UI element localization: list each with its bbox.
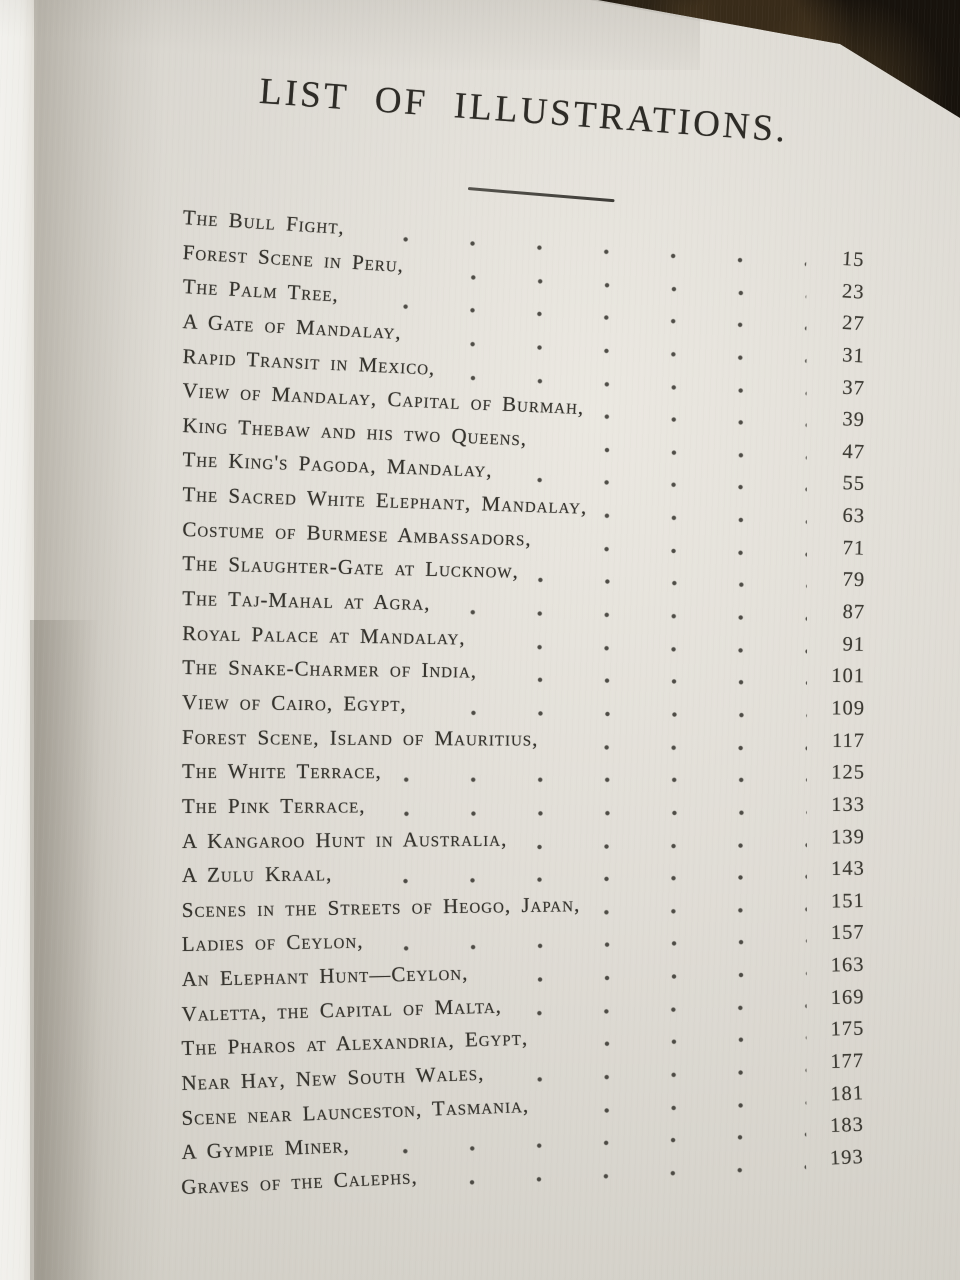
toc-page-number: 151 — [817, 890, 865, 914]
toc-leader-dots — [596, 905, 807, 916]
toc-leader-dots — [547, 543, 807, 558]
toc-page-number: 157 — [816, 922, 864, 946]
toc-entry-label: View of Cairo, Egypt, — [182, 690, 407, 717]
toc-leader-dots — [600, 413, 807, 430]
toc-leader-dots — [481, 642, 807, 655]
toc-page-number: 31 — [816, 343, 865, 368]
toc-row: The Pink Terrace,133 — [182, 792, 865, 829]
toc-entry-label: Royal Palace at Mandalay, — [182, 621, 466, 650]
toc-leader-dots — [554, 743, 807, 752]
toc-leader-dots — [380, 938, 807, 954]
toc-page-number: 101 — [817, 665, 865, 689]
toc-entry-label: The White Terrace, — [182, 759, 382, 784]
toc-leader-dots — [348, 873, 807, 886]
toc-page-number: 55 — [817, 472, 866, 497]
toc-page-number: 87 — [817, 601, 865, 625]
title-rule — [468, 187, 615, 202]
toc-leader-dots — [523, 841, 807, 851]
toc-page-number: 39 — [816, 407, 865, 432]
toc-page-number: 181 — [816, 1082, 865, 1107]
toc-leader-dots — [382, 809, 807, 818]
toc-page-number: 175 — [816, 1018, 865, 1042]
toc-entry-label: The Taj-Mahal at Agra, — [182, 586, 431, 616]
toc-page-number: 47 — [817, 440, 866, 465]
toc-row: The White Terrace,125 — [182, 759, 865, 794]
toc-leader-dots — [518, 1002, 807, 1018]
toc-leader-dots — [493, 676, 807, 688]
toc-leader-dots — [484, 970, 806, 985]
toc-page-number: 63 — [817, 504, 866, 528]
toc-leader-dots — [423, 709, 807, 720]
toc-page-number: 139 — [817, 826, 865, 849]
toc-entry-label: An Elephant Hunt—Ceylon, — [181, 961, 468, 992]
toc-leader-dots — [544, 1034, 806, 1050]
book-page-photo: LIST OF ILLUSTRATIONS. The Bull Fight,15… — [0, 0, 960, 1280]
toc-page-number: 71 — [817, 536, 866, 560]
toc-entry-label: A Zulu Kraal, — [182, 862, 333, 889]
toc-row: Forest Scene, Island of Mauritius,117 — [182, 725, 865, 763]
toc-page-number: 117 — [817, 729, 865, 752]
toc-page-number: 163 — [816, 954, 865, 978]
toc-leader-dots — [543, 444, 807, 462]
toc-page-number: 133 — [817, 794, 865, 817]
toc-page-number: 91 — [817, 633, 865, 657]
toc-leader-dots — [508, 476, 807, 494]
toc-page-number: 125 — [817, 762, 865, 785]
toc-leader-dots — [446, 608, 807, 623]
toc-page-number: 37 — [816, 375, 865, 400]
toc-entry-label: Forest Scene, Island of Mauritius, — [182, 725, 538, 752]
toc-leader-dots — [545, 1099, 806, 1117]
toc-page-number: 109 — [817, 697, 865, 720]
gutter-shadow-lower — [30, 620, 100, 1280]
toc-entry-label: The Bull Fight, — [182, 205, 345, 240]
toc-row: View of Cairo, Egypt,109 — [182, 690, 865, 730]
toc-leader-dots — [603, 512, 807, 526]
toc-list: The Bull Fight,15Forest Scene in Peru,23… — [182, 205, 865, 1210]
toc-page-number: 79 — [817, 568, 866, 592]
toc-page-number: 23 — [816, 279, 865, 305]
toc-page-number: 143 — [817, 858, 865, 882]
toc-leader-dots — [434, 1163, 807, 1188]
toc-entry-label: Scenes in the Streets of Heogo, Japan, — [182, 892, 581, 923]
toc-leader-dots — [535, 576, 807, 590]
toc-page-number: 169 — [816, 986, 865, 1010]
toc-page-number: 193 — [815, 1146, 864, 1171]
toc-entry-label: The Snake-Charmer of India, — [182, 655, 477, 684]
toc-page-number: 183 — [815, 1114, 864, 1139]
toc-entry-label: The Pink Terrace, — [182, 793, 366, 819]
toc-entry-label: A Gympie Miner, — [181, 1133, 350, 1165]
toc-page-number: 177 — [816, 1050, 865, 1075]
toc-leader-dots — [398, 776, 807, 784]
toc-page-number: 27 — [816, 311, 865, 337]
toc-entry-label: A Kangaroo Hunt in Australia, — [182, 826, 508, 853]
toc-leader-dots — [500, 1067, 806, 1085]
toc-page-number: 15 — [816, 246, 865, 272]
toc-entry-label: Ladies of Ceylon, — [182, 929, 364, 957]
